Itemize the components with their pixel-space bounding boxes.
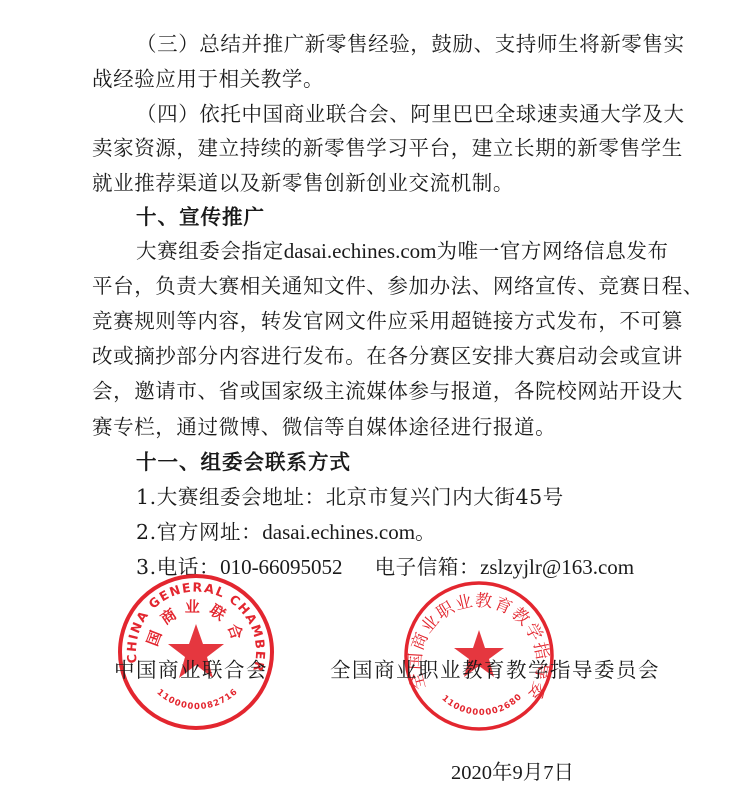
section10-line5: 会，邀请市、省或国家级主流媒体参与报道，各院校网站开设大 (92, 374, 662, 409)
document-page: （三）总结并推广新零售经验，鼓励、支持师生将新零售实 战经验应用于相关教学。 （… (0, 0, 745, 812)
section-heading-contact: 十一、组委会联系方式 (136, 445, 662, 480)
website-link[interactable]: dasai.echines.com。 (262, 520, 436, 544)
contact-website: 2.官方网址：dasai.echines.com。 (136, 515, 662, 550)
red-seal-icon: CHINA GENERAL CHAMBER OF COMMERCE 国商业联合 … (116, 572, 276, 732)
website-label: 2.官方网址： (136, 520, 262, 544)
signature-org-chamber: 中国商业联合会 (114, 655, 268, 685)
section10-line3: 竞赛规则等内容，转发官网文件应采用超链接方式发布，不可篡 (92, 304, 662, 339)
paragraph-item4-line3: 就业推荐渠道以及新零售创新创业交流机制。 (92, 166, 662, 201)
email-link[interactable]: zslzyjlr@163.com (480, 555, 634, 579)
signature-org-committee: 全国商业职业教育教学指导委员会 (330, 655, 660, 685)
section10-line4: 改或摘抄部分内容进行发布。在各分赛区安排大赛启动会或宣讲 (92, 339, 662, 374)
paragraph-item4-line2: 卖家资源，建立持续的新零售学习平台，建立长期的新零售学生 (92, 131, 662, 166)
email-label: 电子信箱： (375, 555, 481, 579)
paragraph-item3-line1: （三）总结并推广新零售经验，鼓励、支持师生将新零售实 (136, 27, 662, 62)
section10-line1: 大赛组委会指定dasai.echines.com为唯一官方网络信息发布 (136, 234, 662, 269)
address-value: 北京市复兴门内大街45号 (326, 485, 564, 509)
document-date: 2020年9月7日 (451, 758, 574, 788)
seal-china-general-chamber-of-commerce: CHINA GENERAL CHAMBER OF COMMERCE 国商业联合 … (116, 572, 276, 732)
section10-line6: 赛专栏，通过微博、微信等自媒体途径进行报道。 (92, 410, 662, 445)
section-heading-publicity: 十、宣传推广 (136, 200, 662, 235)
paragraph-item3-line2: 战经验应用于相关教学。 (92, 62, 662, 97)
official-website-link[interactable]: dasai.echines.com (284, 239, 437, 263)
paragraph-item4-line1: （四）依托中国商业联合会、阿里巴巴全球速卖通大学及大 (136, 97, 662, 132)
contact-address: 1.大赛组委会地址：北京市复兴门内大街45号 (136, 480, 662, 515)
address-label: 1.大赛组委会地址： (136, 485, 326, 509)
section10-line2: 平台，负责大赛相关通知文件、参加办法、网络宣传、竞赛日程、 (92, 269, 662, 304)
svg-text:1100000002680: 1100000002680 (439, 692, 524, 718)
section10-line1-prefix: 大赛组委会指定 (136, 239, 284, 263)
svg-text:1100000082716: 1100000082716 (155, 687, 241, 712)
section10-line1-suffix: 为唯一官方网络信息发布 (436, 239, 668, 263)
